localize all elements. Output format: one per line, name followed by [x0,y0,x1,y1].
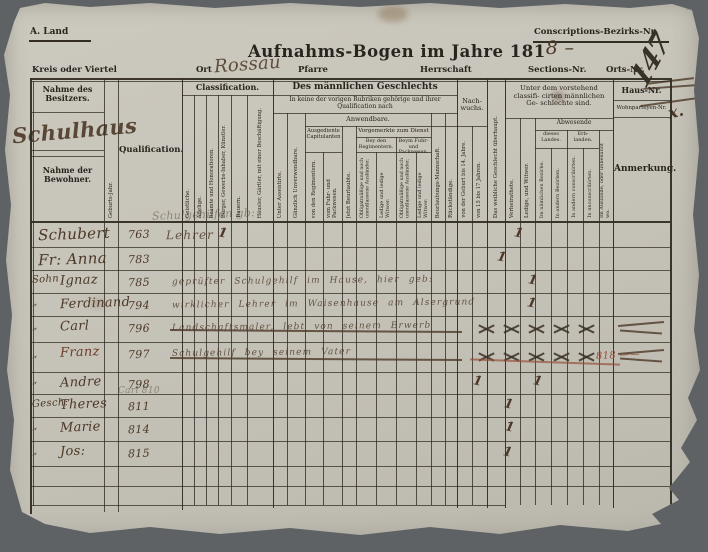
anmerkung-scribble [620,330,662,335]
column-header-label: Im Auslande, oder unbekannt wo. [600,134,612,218]
row-prefix-handwritten: „ [32,421,38,432]
note-strike-line [170,357,462,361]
underline [29,40,91,42]
kreis-label: Kreis oder Viertel [32,66,142,76]
table-rule-horizontal [273,113,457,114]
abwesende-header: Abwesende [536,120,612,127]
table-rule-horizontal [30,441,670,442]
row-prefix-handwritten: „ [32,349,38,360]
column-header: In unconscribirten. [584,152,598,218]
form-title-printed: Aufnahms-Bogen im Jahre 181 [248,42,546,61]
column-header-label: Ledige und ledige Witwer. [418,155,430,218]
tally-mark: 1 [504,419,516,436]
column-header: Im Auslande, oder unbekannt wo. [600,134,612,218]
row-prefix-handwritten: „ [32,321,38,332]
resident-name-handwritten: Ferdinand [60,295,131,312]
table-rule-horizontal [535,130,613,131]
column-header-label: Jetzt Beurlaubte. [346,172,352,218]
column-header: Beamte und Honoratioren. [207,100,217,218]
column-header-label: Gänzlich Unverwendbare. [293,147,299,218]
cross-out-mark [478,321,495,336]
column-header: Im nämlichen Bezirke. [536,152,550,218]
tally-mark: 1 [513,225,525,242]
form-title: Aufnahms-Bogen im Jahre 1818 – [248,40,574,62]
column-header: Geistliche. [183,100,193,218]
cross-out-mark [578,321,595,336]
column-header: Bürger, Gewerbs-Inhaber, Künstler. [219,100,230,218]
dieses-landes-header: dieses Landes. [536,132,566,143]
table-rule-horizontal [535,148,599,149]
table-rule-horizontal [30,81,670,82]
row-note-handwritten: wirklicher Lehrer im Waisenhause am Alse… [172,297,475,310]
resident-name-handwritten: Fr: Anna [38,249,107,269]
row-prefix-handwritten: Sohn [32,273,59,285]
birth-year-handwritten: 814 [128,423,150,437]
table-rule-horizontal [613,100,670,101]
column-header-label: Beurlaubungs-Mannschaft. [435,147,441,218]
column-header-label: von der Geburt bis 14. Jahre. [461,141,467,218]
column-header: Ledige, und Witwer. [521,122,534,218]
cross-out-mark [553,321,570,336]
resident-name-handwritten: Franz [60,344,100,360]
wohnparteyen-header: Wohnparteyen-Nr. [614,105,669,111]
column-header-label: Bürger, Gewerbs-Inhaber, Künstler. [221,125,227,218]
column-header: Häusler, Gärtler, mit einer Beschäftigun… [248,100,272,218]
resident-name-handwritten: Marie [60,419,101,435]
column-header: In andern conscribirten. [568,152,582,218]
paper-stain [378,6,408,22]
resident-name-handwritten: Ignaz [60,272,98,288]
qualification-header: Qualification. [119,146,181,156]
column-header: Bauern. [232,100,246,218]
year-handwritten: 8 – [546,37,575,59]
table-rule-horizontal [30,466,670,467]
table-rule-horizontal [30,316,670,317]
country-label: A. Land [30,27,100,37]
cross-out-mark [528,321,545,336]
birth-year-handwritten: 785 [128,276,150,290]
table-rule-horizontal [30,270,670,271]
beym-fuhrwesen-header: Beym Fuhr- und Packwesen. [397,139,430,156]
resident-name-handwritten: Andre [60,374,102,390]
column-header-label: Beamte und Honoratioren. [209,148,215,218]
table-rule-horizontal [30,112,104,113]
table-rule-horizontal [30,342,670,343]
table-rule-horizontal [30,417,670,418]
erblanden-header: Erb- landen. [568,132,598,143]
column-header-label: Verheirathete. [509,179,515,218]
table-rule-horizontal [30,372,670,373]
column-header: Rückständige. [446,116,456,218]
column-header: Verheirathete. [506,122,519,218]
pfarre-label: Pfarre [298,66,348,76]
anmerkung-header: Anmerkung. [614,164,669,174]
table-rule-horizontal [182,95,457,96]
row-note-handwritten: Lehrer [166,228,214,243]
column-header-label: vom Fuhr- und Packwesen. [326,155,338,218]
row-prefix-handwritten: „ [32,375,38,386]
classification-header: Classification. [182,83,273,92]
resident-name-handwritten: Jos: [60,444,86,460]
column-header: Ledige und ledige Witwer. [377,155,395,218]
herrschaft-label: Herrschaft [420,66,490,76]
column-header: Obligatmäßige und noch unentlassene Ausl… [397,155,415,218]
anwendbare-header: Anwendbare. [305,116,431,123]
bey-regimentern-header: Bey den Regimentern. [357,139,395,150]
table-rule-horizontal [30,150,104,151]
table-rule-horizontal [613,117,670,118]
cross-out-mark [478,349,495,364]
margin-mark-handwritten: x. [666,100,686,122]
birth-year-handwritten: 763 [128,228,150,242]
column-header: von den Regimentern. [306,155,322,218]
table-rule-horizontal [30,156,104,157]
ort-value-handwritten: Rossau [213,52,281,78]
male-section-header: Des männlichen Geschlechts [273,82,457,92]
table-rule-horizontal [305,126,487,127]
cross-out-mark [503,349,520,364]
cross-out-mark [503,321,520,336]
row-subnote-handwritten: Carl 810 [118,386,160,396]
nachwuchs-header: Nach- wuchs. [458,98,486,113]
column-header-label: In andern conscribirten. [572,156,578,218]
column-header: In andern Bezirken. [552,152,566,218]
tally-mark: 1 [527,272,539,289]
sections-nr-label: Sections-Nr. [528,66,598,76]
red-ink-note-handwritten: 818 —— [596,349,641,362]
tally-mark: 1 [503,396,515,413]
unter-group-header: Unter dem vorstehend classifi- cirten mä… [507,85,611,108]
column-header-label: von 15 bis 17 Jahren. [476,162,482,218]
table-rule-horizontal [30,247,670,248]
table-rule-vertical [670,78,672,506]
column-header-label: Adelige. [197,196,203,218]
column-header: Obligatmäßige und noch unentlassene Ausl… [357,155,375,218]
column-header: Beurlaubungs-Mannschaft. [432,116,444,218]
residents-name-header: Nahme der Bewohner. [36,166,99,184]
column-header-label: Obligatmäßige und noch unentlassene Ausl… [360,155,371,218]
column-header: Geburts-Jahr. [105,84,117,218]
column-header-label: In unconscribirten. [588,169,594,218]
male-section-subheader: In keine der vorigen Rubriken gehörige u… [277,97,453,110]
table-rule-horizontal [30,505,505,506]
tally-mark: 1 [532,373,544,390]
birth-year-handwritten: 783 [128,253,150,267]
row-note-handwritten: geprüfter Schulgehilf im Hause, hier geb… [172,275,433,288]
birth-year-handwritten: 815 [128,447,150,461]
column-header-label: In andern Bezirken. [556,168,562,218]
birth-year-handwritten: 797 [128,348,150,362]
birth-year-handwritten: 811 [128,400,150,414]
column-header-label: Unter Assentirte. [277,171,283,218]
vorgemerkte-header: Vorgemerkte zum Dienst [357,128,430,134]
resident-name-handwritten: Carl [60,318,90,334]
haus-nr-header: Haus-Nr. [614,86,669,95]
column-header: Unter Assentirte. [274,116,286,218]
column-header-label: Im nämlichen Bezirke. [540,161,546,218]
column-header-label: Häusler, Gärtler, mit einer Beschäftigun… [257,108,263,218]
table-rule-horizontal [30,221,670,223]
column-header-label: Rückständige. [448,179,454,218]
tally-mark: 1 [217,225,229,242]
column-header-label: Obligatmäßige und noch unentlassene Ausl… [400,155,411,218]
column-header-label: von den Regimentern. [311,160,317,218]
column-header-label: Geistliche. [185,189,191,218]
tally-mark: 1 [502,444,514,461]
corner-pencil-note: 223 [685,3,702,15]
column-header: vom Fuhr- und Packwesen. [324,155,341,218]
column-header: von der Geburt bis 14. Jahre. [458,130,471,218]
screenshot-root: { "page": { "top_left": "A. Land", "top_… [0,0,708,552]
table-rule-horizontal [30,486,670,487]
table-rule-horizontal [30,293,670,294]
row-prefix-handwritten: „ [32,445,38,456]
column-header: Das weibliche Geschlecht überhaupt. [488,86,504,218]
column-header: Ledige und ledige Witwer. [417,155,430,218]
column-header: Adelige. [195,100,205,218]
table-rule-horizontal [505,118,613,119]
column-header-label: Ledige, und Witwer. [524,163,530,218]
birth-year-handwritten: 796 [128,322,150,336]
anmerkung-scribble [618,321,664,327]
owner-name-header: Nahme des Besitzers. [36,85,99,103]
table-rule-horizontal [30,78,670,80]
column-header: Gänzlich Unverwendbare. [288,116,304,218]
row-prefix-handwritten: „ [32,296,38,307]
column-header-label: Bauern. [236,196,242,218]
column-header-label: Das weibliche Geschlecht überhaupt. [493,116,499,218]
column-header: Jetzt Beurlaubte. [343,130,355,218]
column-header-label: Geburts-Jahr. [108,182,114,218]
column-header-label: Ledige und ledige Witwer. [380,155,392,218]
table-rule-horizontal [356,137,431,138]
tally-mark: 1 [472,373,484,390]
capitulanten-header: Ausgediente Capitulanten [306,129,341,141]
resident-name-handwritten: Theres [60,396,108,413]
birth-year-handwritten: 794 [128,299,150,313]
table-rule-horizontal [305,152,342,153]
column-header: von 15 bis 17 Jahren. [473,130,486,218]
resident-name-handwritten: Schubert [38,224,111,245]
table-rule-horizontal [356,152,431,153]
document-page: A. Land Conscriptions-Bezirks-Nr. 223 Au… [0,0,708,552]
